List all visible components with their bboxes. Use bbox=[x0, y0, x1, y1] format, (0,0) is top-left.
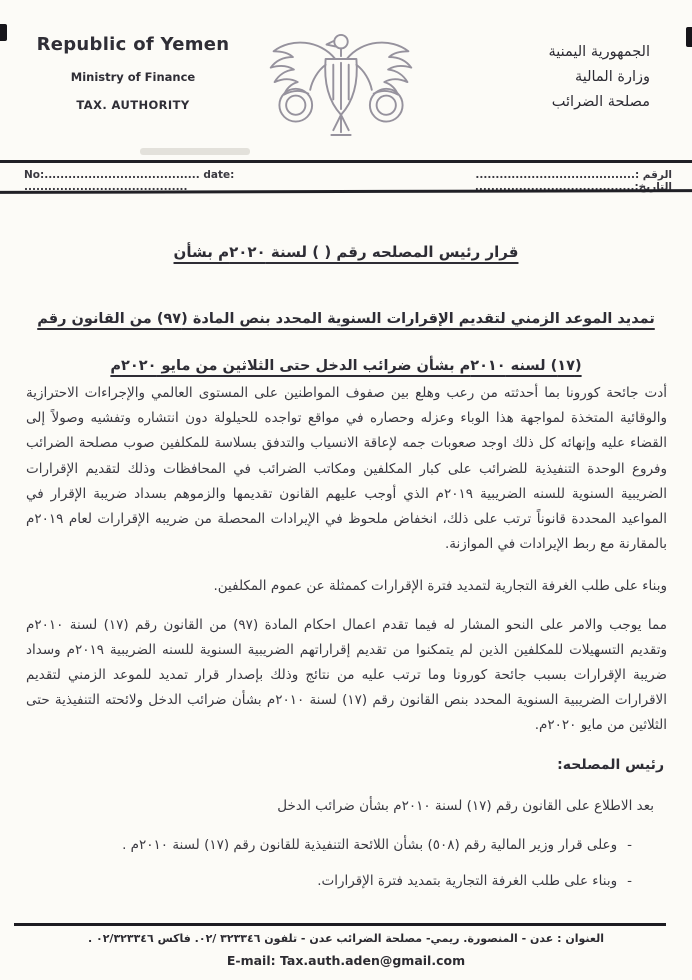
scan-smudge bbox=[140, 148, 250, 155]
bullet-text-2: وبناء على طلب الغرفة التجارية بتمديد فتر… bbox=[317, 869, 617, 893]
country-name-en: Republic of Yemen bbox=[28, 34, 238, 55]
footer-email: E-mail: Tax.auth.aden@gmail.com bbox=[0, 953, 692, 968]
scanned-decree-document: Republic of Yemen Ministry of Finance TA… bbox=[0, 0, 692, 980]
decree-paragraph-1: أدت جائحة كورونا بما أحدثته من رعب وهلع … bbox=[26, 381, 667, 557]
bullet-text-1: وعلى قرار وزير المالية رقم (٥٠٨) بشأن ال… bbox=[122, 833, 617, 857]
footer-rule bbox=[14, 923, 666, 926]
scan-blot-top-left bbox=[0, 24, 7, 41]
authority-name-en: TAX. AUTHORITY bbox=[28, 98, 238, 112]
footer-address: العنوان : عدن - المنصورة. ريمي- مصلحة ال… bbox=[0, 932, 692, 945]
preamble-line: بعد الاطلاع على القانون رقم (١٧) لسنة ٢٠… bbox=[30, 798, 654, 814]
decree-body: أدت جائحة كورونا بما أحدثته من رعب وهلع … bbox=[26, 381, 667, 739]
scan-blot-top-right bbox=[686, 27, 692, 47]
decree-subtitle: تمديد الموعد الزمني لتقديم الإقرارات الس… bbox=[0, 296, 692, 390]
authority-name-ar: مصلحة الضرائب bbox=[480, 90, 650, 115]
section-heading-head-of-authority: رئيس المصلحه: bbox=[557, 757, 664, 773]
preamble-bullet-list: - وعلى قرار وزير المالية رقم (٥٠٨) بشأن … bbox=[30, 833, 632, 905]
yemen-eagle-emblem bbox=[264, 26, 418, 142]
ministry-name-en: Ministry of Finance bbox=[28, 70, 238, 84]
country-name-ar: الجمهورية اليمنية bbox=[480, 40, 650, 65]
dash-bullet-icon: - bbox=[627, 869, 632, 893]
decree-paragraph-3: مما يوجب والامر على النحو المشار له فيما… bbox=[26, 613, 667, 739]
decree-title: قرار رئيس المصلحه رقم ( ) لسنة ٢٠٢٠م بشأ… bbox=[0, 243, 692, 261]
dash-bullet-icon: - bbox=[627, 833, 632, 857]
ministry-name-ar: وزارة المالية bbox=[480, 65, 650, 90]
decree-subtitle-line2: (١٧) لسنه ٢٠١٠م بشأن ضرائب الدخل حتى الث… bbox=[110, 358, 581, 374]
second-rule bbox=[0, 189, 692, 194]
header-arabic-block: الجمهورية اليمنية وزارة المالية مصلحة ال… bbox=[480, 40, 650, 115]
decree-subtitle-line1: تمديد الموعد الزمني لتقديم الإقرارات الس… bbox=[37, 311, 655, 327]
list-item: - وعلى قرار وزير المالية رقم (٥٠٨) بشأن … bbox=[30, 833, 632, 857]
top-rule bbox=[0, 160, 692, 163]
decree-paragraph-2: وبناء على طلب الغرفة التجارية لتمديد فتر… bbox=[26, 574, 667, 599]
header-english-block: Republic of Yemen Ministry of Finance TA… bbox=[28, 34, 238, 112]
list-item: - وبناء على طلب الغرفة التجارية بتمديد ف… bbox=[30, 869, 632, 893]
